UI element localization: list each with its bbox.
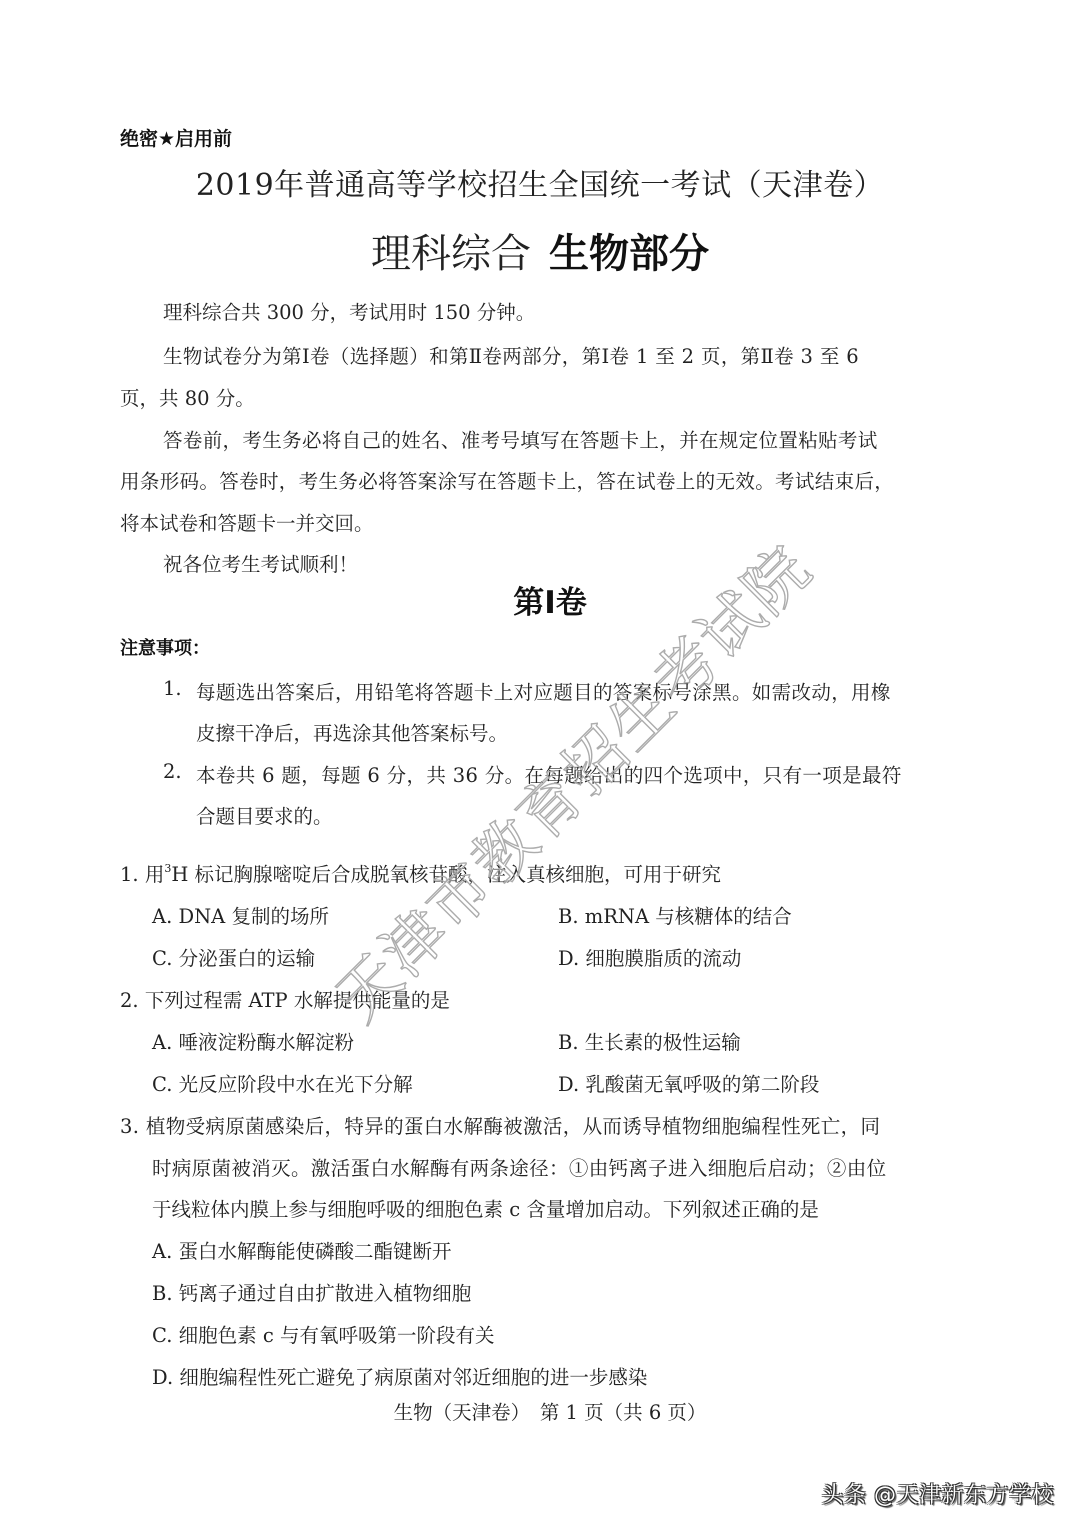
question-1-option-b: B. mRNA 与核糖体的结合 xyxy=(558,901,792,929)
source-credit: 头条 @天津新东方学校 xyxy=(822,1478,1055,1509)
question-3-option-b: B. 钙离子通过自由扩散进入植物细胞 xyxy=(152,1278,471,1306)
notice-text: 每题选出答案后，用铅笔将答题卡上对应题目的答案标号涂黑。如需改动，用橡 xyxy=(196,677,891,705)
question-2-stem: 2. 下列过程需 ATP 水解提供能量的是 xyxy=(120,985,450,1013)
intro-line: 生物试卷分为第Ⅰ卷（选择题）和第Ⅱ卷两部分，第Ⅰ卷 1 至 2 页，第Ⅱ卷 3 … xyxy=(163,341,859,369)
question-3-option-c: C. 细胞色素 c 与有氧呼吸第一阶段有关 xyxy=(152,1320,494,1348)
intro-line: 页，共 80 分。 xyxy=(120,383,255,411)
section-title: 第Ⅰ卷 xyxy=(0,577,1080,622)
exam-subtitle: 理科综合生物部分 xyxy=(0,222,1080,279)
subtitle-bold: 生物部分 xyxy=(549,231,709,277)
subtitle-regular: 理科综合 xyxy=(371,231,531,277)
notice-heading: 注意事项： xyxy=(120,634,210,660)
question-2-option-b: B. 生长素的极性运输 xyxy=(558,1027,741,1055)
question-2-option-a: A. 唾液淀粉酶水解淀粉 xyxy=(152,1027,354,1055)
question-3-stem: 时病原菌被消灭。激活蛋白水解酶有两条途径：①由钙离子进入细胞后启动；②由位 xyxy=(152,1153,886,1181)
secret-label: 绝密★启用前 xyxy=(120,124,232,151)
question-3-option-d: D. 细胞编程性死亡避免了病原菌对邻近细胞的进一步感染 xyxy=(152,1362,647,1390)
question-2-option-d: D. 乳酸菌无氧呼吸的第二阶段 xyxy=(558,1069,819,1097)
notice-number: 1. xyxy=(163,677,182,700)
intro-line: 祝各位考生考试顺利！ xyxy=(163,549,358,577)
question-3-option-a: A. 蛋白水解酶能使磷酸二酯键断开 xyxy=(152,1236,452,1264)
question-1-option-a: A. DNA 复制的场所 xyxy=(152,901,329,929)
question-1-option-d: D. 细胞膜脂质的流动 xyxy=(558,943,741,971)
question-3-stem: 于线粒体内膜上参与细胞呼吸的细胞色素 c 含量增加启动。下列叙述正确的是 xyxy=(152,1194,819,1222)
question-1-stem: 1. 用3H 标记胸腺嘧啶后合成脱氧核苷酸，注入真核细胞，可用于研究 xyxy=(120,859,721,887)
intro-line: 答卷前，考生务必将自己的姓名、准考号填写在答题卡上，并在规定位置粘贴考试 xyxy=(163,425,878,453)
intro-line: 理科综合共 300 分，考试用时 150 分钟。 xyxy=(163,297,535,325)
notice-number: 2. xyxy=(163,760,182,783)
question-3-stem: 3. 植物受病原菌感染后，特异的蛋白水解酶被激活，从而诱导植物细胞编程性死亡，同 xyxy=(120,1111,880,1139)
notice-text: 皮擦干净后，再选涂其他答案标号。 xyxy=(196,718,508,746)
question-1-option-c: C. 分泌蛋白的运输 xyxy=(152,943,315,971)
exam-title: 2019年普通高等学校招生全国统一考试（天津卷） xyxy=(0,160,1080,204)
notice-text: 本卷共 6 题，每题 6 分，共 36 分。在每题给出的四个选项中，只有一项是最… xyxy=(196,760,902,788)
notice-text: 合题目要求的。 xyxy=(196,801,333,829)
intro-line: 将本试卷和答题卡一并交回。 xyxy=(120,508,374,536)
question-2-option-c: C. 光反应阶段中水在光下分解 xyxy=(152,1069,413,1097)
page-footer: 生物（天津卷） 第 1 页（共 6 页） xyxy=(0,1397,1080,1425)
intro-line: 用条形码。答卷时，考生务必将答案涂写在答题卡上，答在试卷上的无效。考试结束后， xyxy=(120,466,894,494)
